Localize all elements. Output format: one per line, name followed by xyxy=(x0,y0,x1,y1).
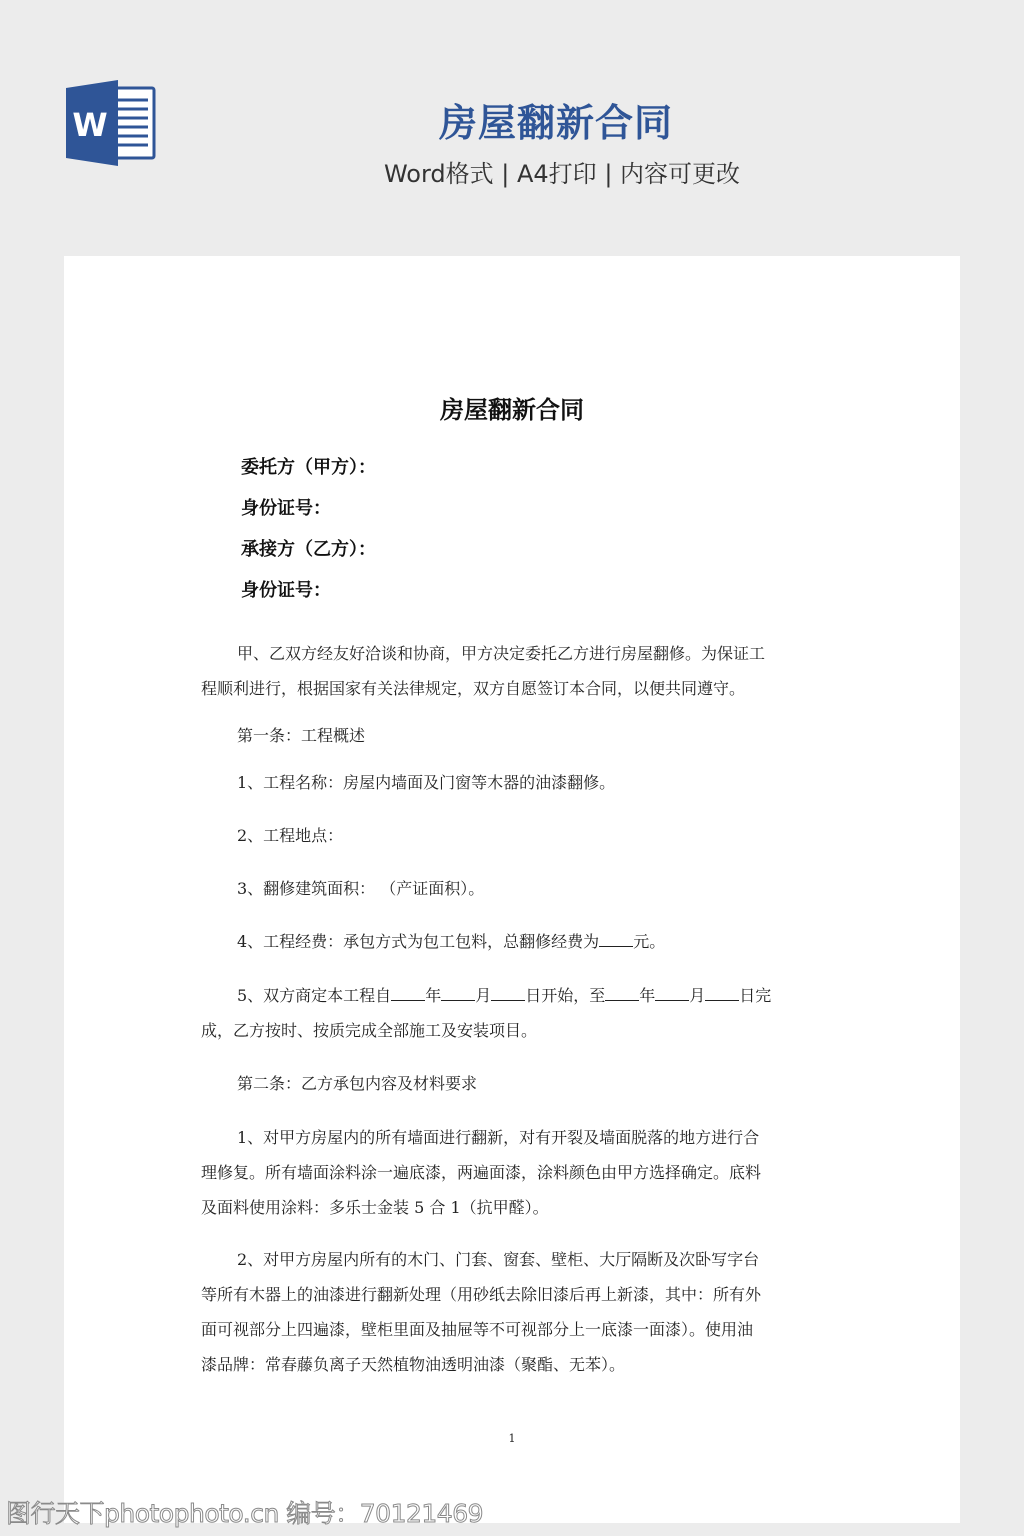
intro-line-1: 甲、乙双方经友好洽谈和协商，甲方决定委托乙方进行房屋翻修。为保证工 xyxy=(201,636,826,671)
article-2-heading-block: 第二条：乙方承包内容及材料要求 xyxy=(201,1066,826,1101)
watermark: 图行天下photophoto.cn 编号：70121469 xyxy=(6,1494,483,1530)
party-client-id: 身份证号： xyxy=(241,495,376,536)
article-2-item-1-line-2: 理修复。所有墙面涂料涂一遍底漆，两遍面漆，涂料颜色由甲方选择确定。底料 xyxy=(201,1155,826,1190)
end-day-blank[interactable] xyxy=(705,982,739,1001)
banner: W 房屋翻新合同 Word格式 | A4打印 | 内容可更改 xyxy=(0,0,1024,256)
article-1-item-5-line-1: 5、双方商定本工程自年月日开始，至年月日完 xyxy=(201,978,826,1013)
intro-line-2: 程顺利进行，根据国家有关法律规定，双方自愿签订本合同，以便共同遵守。 xyxy=(201,671,826,706)
article-2-item-1-line-3: 及面料使用涂料：多乐士金装 5 合 1（抗甲醛）。 xyxy=(201,1190,826,1225)
year-label: 年 xyxy=(639,986,655,1005)
article-1-item-4-block: 4、工程经费：承包方式为包工包料，总翻修经费为元。 xyxy=(201,924,826,959)
item-5-prefix: 5、双方商定本工程自 xyxy=(237,986,391,1005)
article-2-item-2-block: 2、对甲方房屋内所有的木门、门套、窗套、壁柜、大厅隔断及次卧写字台 等所有木器上… xyxy=(201,1242,826,1382)
end-year-blank[interactable] xyxy=(605,982,639,1001)
month-label: 月 xyxy=(475,986,491,1005)
document-page: 房屋翻新合同 委托方（甲方）： 身份证号： 承接方（乙方）： 身份证号： 甲、乙… xyxy=(64,256,960,1523)
article-2-item-2-line-1: 2、对甲方房屋内所有的木门、门套、窗套、壁柜、大厅隔断及次卧写字台 xyxy=(201,1242,826,1277)
banner-subtitle: Word格式 | A4打印 | 内容可更改 xyxy=(0,154,1024,189)
fee-blank[interactable] xyxy=(599,928,633,947)
article-1-item-1: 1、工程名称：房屋内墙面及门窗等木器的油漆翻修。 xyxy=(201,765,826,800)
banner-title: 房屋翻新合同 xyxy=(0,92,1024,147)
article-1-item-4: 4、工程经费：承包方式为包工包料，总翻修经费为元。 xyxy=(201,924,826,959)
article-2-item-2-line-3: 面可视部分上四遍漆，壁柜里面及抽屉等不可视部分上一底漆一面漆）。使用油 xyxy=(201,1312,826,1347)
article-2-item-1-block: 1、对甲方房屋内的所有墙面进行翻新，对有开裂及墙面脱落的地方进行合 理修复。所有… xyxy=(201,1120,826,1225)
article-1-heading: 第一条：工程概述 xyxy=(201,718,826,753)
start-year-blank[interactable] xyxy=(391,982,425,1001)
start-month-blank[interactable] xyxy=(441,982,475,1001)
article-1-item-2-block: 2、工程地点： xyxy=(201,818,826,853)
page-number: 1 xyxy=(64,1432,960,1445)
intro-paragraph: 甲、乙双方经友好洽谈和协商，甲方决定委托乙方进行房屋翻修。为保证工 程顺利进行，… xyxy=(201,636,826,706)
article-2-heading: 第二条：乙方承包内容及材料要求 xyxy=(201,1066,826,1101)
article-1-item-5-line-2: 成，乙方按时、按质完成全部施工及安装项目。 xyxy=(201,1013,826,1048)
article-1-item-1-block: 1、工程名称：房屋内墙面及门窗等木器的油漆翻修。 xyxy=(201,765,826,800)
day-start-label: 日开始，至 xyxy=(525,986,605,1005)
party-contractor: 承接方（乙方）： xyxy=(241,536,376,577)
month-label: 月 xyxy=(689,986,705,1005)
article-1-item-3-block: 3、翻修建筑面积： （产证面积）。 xyxy=(201,871,826,906)
document-title: 房屋翻新合同 xyxy=(64,390,960,425)
article-1-heading-block: 第一条：工程概述 xyxy=(201,718,826,753)
article-1-item-3: 3、翻修建筑面积： （产证面积）。 xyxy=(201,871,826,906)
end-month-blank[interactable] xyxy=(655,982,689,1001)
day-end-label: 日完 xyxy=(739,986,771,1005)
article-2-item-2-line-2: 等所有木器上的油漆进行翻新处理（用砂纸去除旧漆后再上新漆，其中：所有外 xyxy=(201,1277,826,1312)
article-2-item-1-line-1: 1、对甲方房屋内的所有墙面进行翻新，对有开裂及墙面脱落的地方进行合 xyxy=(201,1120,826,1155)
year-label: 年 xyxy=(425,986,441,1005)
item-4-suffix: 元。 xyxy=(633,932,665,951)
party-list: 委托方（甲方）： 身份证号： 承接方（乙方）： 身份证号： xyxy=(241,454,376,618)
article-1-item-2: 2、工程地点： xyxy=(201,818,826,853)
party-client: 委托方（甲方）： xyxy=(241,454,376,495)
article-2-item-2-line-4: 漆品牌：常春藤负离子天然植物油透明油漆（聚酯、无苯）。 xyxy=(201,1347,826,1382)
party-contractor-id: 身份证号： xyxy=(241,577,376,618)
article-1-item-5-block: 5、双方商定本工程自年月日开始，至年月日完 成，乙方按时、按质完成全部施工及安装… xyxy=(201,978,826,1048)
start-day-blank[interactable] xyxy=(491,982,525,1001)
item-4-prefix: 4、工程经费：承包方式为包工包料，总翻修经费为 xyxy=(237,932,599,951)
